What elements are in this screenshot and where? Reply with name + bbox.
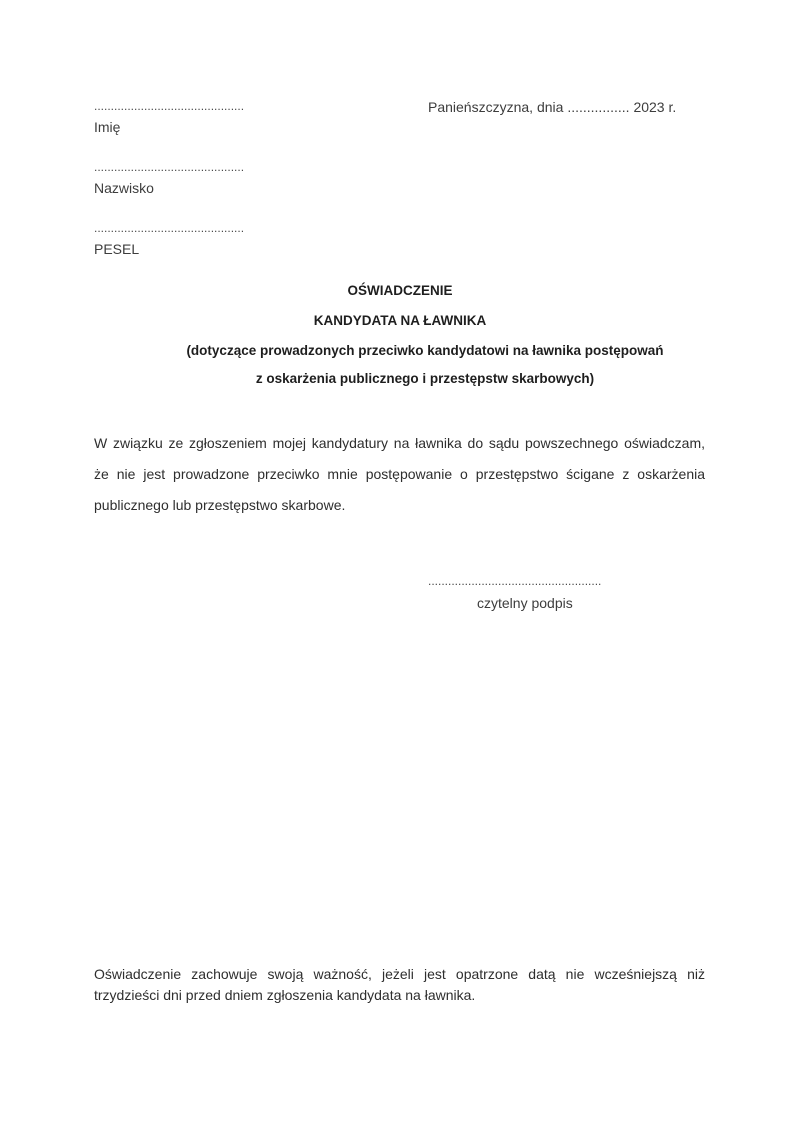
validity-note: Oświadczenie zachowuje swoją ważność, je… xyxy=(94,964,705,1006)
last-name-label: Nazwisko xyxy=(94,180,154,196)
statement-line-2: że nie jest prowadzone przeciwko mnie po… xyxy=(94,459,705,490)
title-line-2: KANDYDATA NA ŁAWNIKA xyxy=(0,313,800,328)
validity-note-line-1: Oświadczenie zachowuje swoją ważność, je… xyxy=(94,964,705,985)
title-line-3: (dotyczące prowadzonych przeciwko kandyd… xyxy=(0,343,800,358)
date-fill-line[interactable]: ................ xyxy=(567,99,629,115)
title-line-1: OŚWIADCZENIE xyxy=(0,283,800,298)
place-label: Panieńszczyzna, dnia xyxy=(428,99,563,115)
validity-note-line-2: trzydzieści dni przed dniem zgłoszenia k… xyxy=(94,985,705,1006)
pesel-fill-line[interactable]: ........................................… xyxy=(94,221,244,235)
statement-line-1: W związku ze zgłoszeniem mojej kandydatu… xyxy=(94,428,705,459)
last-name-fill-line[interactable]: ........................................… xyxy=(94,160,244,174)
pesel-label: PESEL xyxy=(94,241,139,257)
place-date-line: Panieńszczyzna, dnia ................ 20… xyxy=(428,99,676,115)
title-line-4: z oskarżenia publicznego i przestępstw s… xyxy=(0,371,800,386)
signature-fill-line[interactable]: ........................................… xyxy=(428,574,601,588)
statement-body: W związku ze zgłoszeniem mojej kandydatu… xyxy=(94,428,705,521)
signature-label: czytelny podpis xyxy=(477,595,573,611)
year-label: 2023 r. xyxy=(633,99,676,115)
statement-line-3: publicznego lub przestępstwo skarbowe. xyxy=(94,490,705,521)
first-name-fill-line[interactable]: ........................................… xyxy=(94,99,244,113)
first-name-label: Imię xyxy=(94,119,120,135)
